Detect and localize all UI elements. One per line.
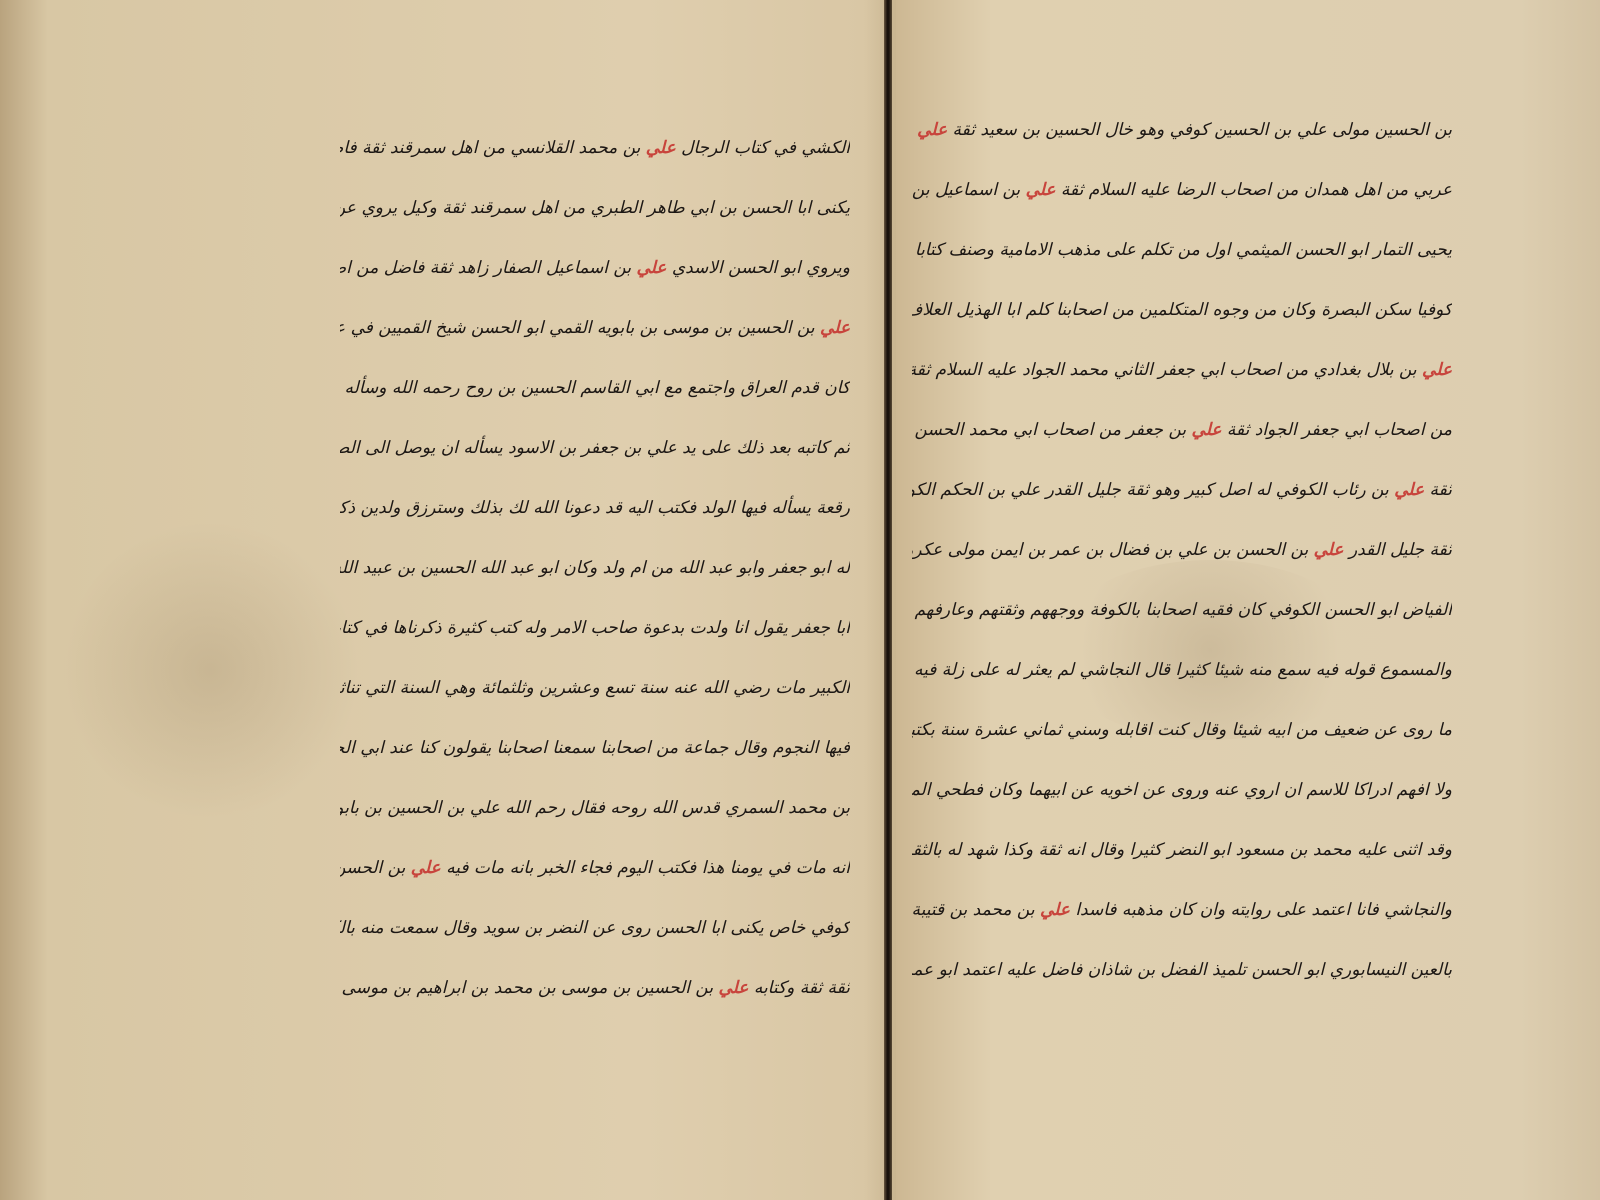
line-text: بن محمد السمري قدس الله روحه فقال رحم ال… [340, 798, 850, 818]
line-text: كوفي خاص يكنى ابا الحسن روى عن النضر بن … [340, 918, 850, 938]
line-text: رقعة يسأله فيها الولد فكتب اليه قد دعونا… [340, 498, 850, 518]
line-text: فيها النجوم وقال جماعة من اصحابنا سمعنا … [340, 738, 850, 758]
manuscript-line: ثقة ثقة وكتابه علي بن الحسين بن موسى بن … [340, 958, 850, 1018]
line-text: عربي من اهل همدان من اصحاب الرضا عليه ال… [1056, 180, 1452, 200]
line-text: من اصحاب ابي جعفر الجواد ثقة [1222, 420, 1453, 440]
line-text: بن اسماعيل الصفار زاهد ثقة فاضل من اصحاب… [340, 258, 636, 278]
line-text: بن محمد بن قتيبة النيسابوري [912, 900, 1040, 920]
rubric-heading: علي [820, 318, 850, 338]
manuscript-line: كان قدم العراق واجتمع مع ابي القاسم الحس… [340, 358, 850, 418]
line-text: بن الحسين بن موسى بن بابويه القمي ابو ال… [340, 318, 820, 338]
manuscript-line: ثقة جليل القدر علي بن الحسن بن علي بن فض… [912, 520, 1452, 580]
line-text: بن اسماعيل بن شعيب بن ميثم بن [912, 180, 1026, 200]
line-text: ثقة جليل القدر [1344, 540, 1452, 560]
manuscript-line: ثقة علي بن رئاب الكوفي له اصل كبير وهو ث… [912, 460, 1452, 520]
line-text: كوفيا سكن البصرة وكان من وجوه المتكلمين … [912, 300, 1452, 320]
manuscript-line: كوفي خاص يكنى ابا الحسن روى عن النضر بن … [340, 898, 850, 958]
right-page: بن الحسين مولى علي بن الحسين كوفي وهو خا… [892, 0, 1600, 1200]
left-page: الكشي في كتاب الرجال علي بن محمد القلانس… [0, 0, 886, 1200]
rubric-heading: علي [1314, 540, 1344, 560]
line-text: ويروي ابو الحسن الاسدي [666, 258, 850, 278]
manuscript-line: والنجاشي فانا اعتمد على روايته وان كان م… [912, 880, 1452, 940]
manuscript-line: له ابو جعفر وابو عبد الله من ام ولد وكان… [340, 538, 850, 598]
manuscript-line: علي بن بلال بغدادي من اصحاب ابي جعفر الث… [912, 340, 1452, 400]
manuscript-line: من اصحاب ابي جعفر الجواد ثقة علي بن جعفر… [912, 400, 1452, 460]
manuscript-line: كوفيا سكن البصرة وكان من وجوه المتكلمين … [912, 280, 1452, 340]
manuscript-line: ولا افهم ادراكا للاسم ان اروي عنه وروى ع… [912, 760, 1452, 820]
line-text: ابا جعفر يقول انا ولدت بدعوة صاحب الامر … [340, 618, 850, 638]
manuscript-line: يحيى التمار ابو الحسن الميثمي اول من تكل… [912, 220, 1452, 280]
rubric-heading: علي [1422, 360, 1452, 380]
manuscript-line: والمسموع قوله فيه سمع منه شيئا كثيرا قال… [912, 640, 1452, 700]
line-text: بن بلال بغدادي من اصحاب ابي جعفر الثاني … [912, 360, 1422, 380]
manuscript-line: ثم كاتبه بعد ذلك على يد علي بن جعفر بن ا… [340, 418, 850, 478]
line-text: ثقة ثقة وكتابه [748, 978, 850, 998]
rubric-heading: علي [1040, 900, 1070, 920]
line-text: بن محمد القلانسي من اهل سمرقند ثقة فاضل … [340, 138, 646, 158]
line-text: والنجاشي فانا اعتمد على روايته وان كان م… [1070, 900, 1452, 920]
line-text: الفياض ابو الحسن الكوفي كان فقيه اصحابنا… [912, 600, 1452, 620]
line-text: بن الحسن بن الحجاج [340, 858, 411, 878]
rubric-heading: علي [636, 258, 666, 278]
line-text: بن الحسين بن موسى بن محمد بن ابراهيم بن … [340, 978, 718, 998]
right-page-text: بن الحسين مولى علي بن الحسين كوفي وهو خا… [912, 100, 1452, 1000]
book-gutter [884, 0, 892, 1200]
rubric-heading: علي [646, 138, 676, 158]
manuscript-line: بالعين النيسابوري ابو الحسن تلميذ الفضل … [912, 940, 1452, 1000]
rubric-heading: علي [718, 978, 748, 998]
rubric-heading: علي [411, 858, 441, 878]
manuscript-line: فيها النجوم وقال جماعة من اصحابنا سمعنا … [340, 718, 850, 778]
manuscript-line: انه مات في يومنا هذا فكتب اليوم فجاء الخ… [340, 838, 850, 898]
left-page-text: الكشي في كتاب الرجال علي بن محمد القلانس… [340, 118, 850, 1018]
line-text: انه مات في يومنا هذا فكتب اليوم فجاء الخ… [441, 858, 850, 878]
line-text: يكنى ابا الحسن بن ابي طاهر الطبري من اهل… [340, 198, 850, 218]
line-text: الكبير مات رضي الله عنه سنة تسع وعشرين و… [340, 678, 850, 698]
rubric-heading: علي [917, 120, 947, 140]
manuscript-line: عربي من اهل همدان من اصحاب الرضا عليه ال… [912, 160, 1452, 220]
manuscript-line: ما روى عن ضعيف من ابيه شيئا وقال كنت اقا… [912, 700, 1452, 760]
line-text: يحيى التمار ابو الحسن الميثمي اول من تكل… [912, 240, 1452, 260]
rubric-heading: علي [1192, 420, 1222, 440]
line-text: والمسموع قوله فيه سمع منه شيئا كثيرا قال… [912, 660, 1452, 680]
manuscript-line: رقعة يسأله فيها الولد فكتب اليه قد دعونا… [340, 478, 850, 538]
line-text: ولا افهم ادراكا للاسم ان اروي عنه وروى ع… [912, 780, 1452, 800]
line-text: ثم كاتبه بعد ذلك على يد علي بن جعفر بن ا… [340, 438, 850, 458]
line-text: كان قدم العراق واجتمع مع ابي القاسم الحس… [340, 378, 850, 398]
manuscript-line: الكبير مات رضي الله عنه سنة تسع وعشرين و… [340, 658, 850, 718]
manuscript-line: ابا جعفر يقول انا ولدت بدعوة صاحب الامر … [340, 598, 850, 658]
line-text: ما روى عن ضعيف من ابيه شيئا وقال كنت اقا… [912, 720, 1452, 740]
manuscript-line: بن محمد السمري قدس الله روحه فقال رحم ال… [340, 778, 850, 838]
line-text: بن رئاب الكوفي له اصل كبير وهو ثقة جليل … [912, 480, 1394, 500]
line-text: وقد اثنى عليه محمد بن مسعود ابو النضر كث… [912, 840, 1452, 860]
manuscript-line: ويروي ابو الحسن الاسدي علي بن اسماعيل ال… [340, 238, 850, 298]
line-text: بالعين النيسابوري ابو الحسن تلميذ الفضل … [912, 960, 1452, 980]
line-text: الكشي في كتاب الرجال [676, 138, 850, 158]
manuscript-line: علي بن الحسين بن موسى بن بابويه القمي اب… [340, 298, 850, 358]
line-text: بن جعفر من اصحاب ابي محمد الحسن عليهم ال… [912, 420, 1192, 440]
line-text: بن الحسن بن علي بن فضال بن عمر بن ايمن م… [912, 540, 1314, 560]
manuscript-line: يكنى ابا الحسن بن ابي طاهر الطبري من اهل… [340, 178, 850, 238]
manuscript-line: وقد اثنى عليه محمد بن مسعود ابو النضر كث… [912, 820, 1452, 880]
line-text: له ابو جعفر وابو عبد الله من ام ولد وكان… [340, 558, 850, 578]
manuscript-spread: الكشي في كتاب الرجال علي بن محمد القلانس… [0, 0, 1600, 1200]
manuscript-line: الكشي في كتاب الرجال علي بن محمد القلانس… [340, 118, 850, 178]
rubric-heading: علي [1394, 480, 1424, 500]
line-text: بن الحسين مولى علي بن الحسين كوفي وهو خا… [947, 120, 1452, 140]
manuscript-line: بن الحسين مولى علي بن الحسين كوفي وهو خا… [912, 100, 1452, 160]
rubric-heading: علي [1026, 180, 1056, 200]
line-text: ثقة [1424, 480, 1452, 500]
manuscript-line: الفياض ابو الحسن الكوفي كان فقيه اصحابنا… [912, 580, 1452, 640]
